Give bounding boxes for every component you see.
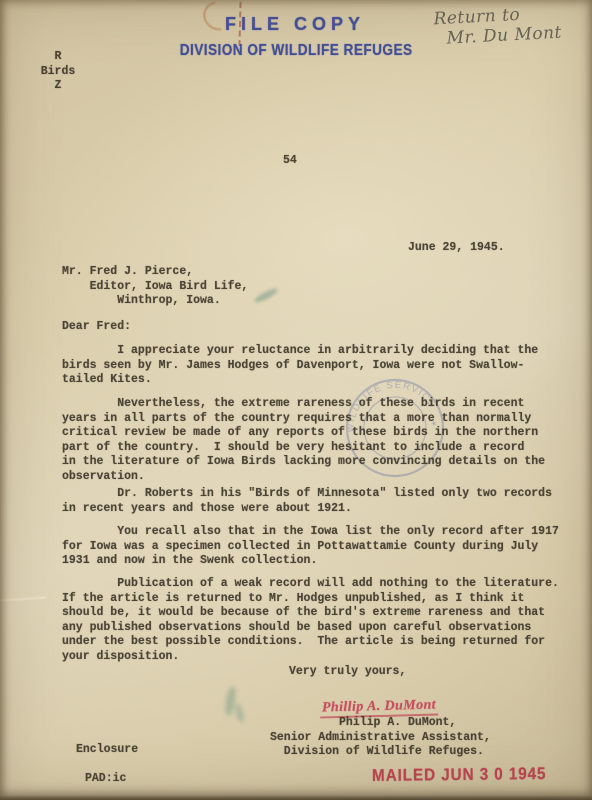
salutation: Dear Fred: [62,320,131,335]
paragraph-2: Nevertheless, the extreme rareness of th… [62,397,545,484]
filing-code: R Birds Z [36,50,80,94]
page-number: 54 [283,154,297,169]
paragraph-1: I appreciate your reluctance in arbitrar… [62,344,538,388]
bottom-edge-shadow [0,795,592,800]
handwritten-note: Return to Mr. Du Mont [433,3,562,50]
paragraph-3: Dr. Roberts in his "Birds of Minnesota" … [62,487,552,516]
file-copy-stamp-line2: DIVISION OF WILDLIFE REFUGES [180,42,396,60]
paragraph-4: You recall also that in the Iowa list th… [62,525,559,569]
signature-block: Philip A. DuMont, Senior Administrative … [270,716,491,760]
ink-smudge-bottom-2 [234,702,246,723]
file-copy-stamp-line1: FILE COPY [170,14,420,35]
mailed-date-stamp: MAILED JUN 3 0 1945 [372,764,547,786]
paper-crease [0,596,46,601]
valediction: Very truly yours, [289,665,406,680]
typist-initials: PAD:ic [85,772,126,787]
letter-scan: WILDLIFE SERVICE ★ R Birds Z FILE COPY D… [0,0,592,800]
recipient-address: Mr. Fred J. Pierce, Editor, Iowa Bird Li… [62,265,248,309]
date-line: June 29, 1945. [408,241,505,256]
paragraph-5: Publication of a weak record will add no… [62,577,559,664]
enclosure-note: Enclosure [76,743,138,758]
ink-smudge-top [253,286,279,304]
